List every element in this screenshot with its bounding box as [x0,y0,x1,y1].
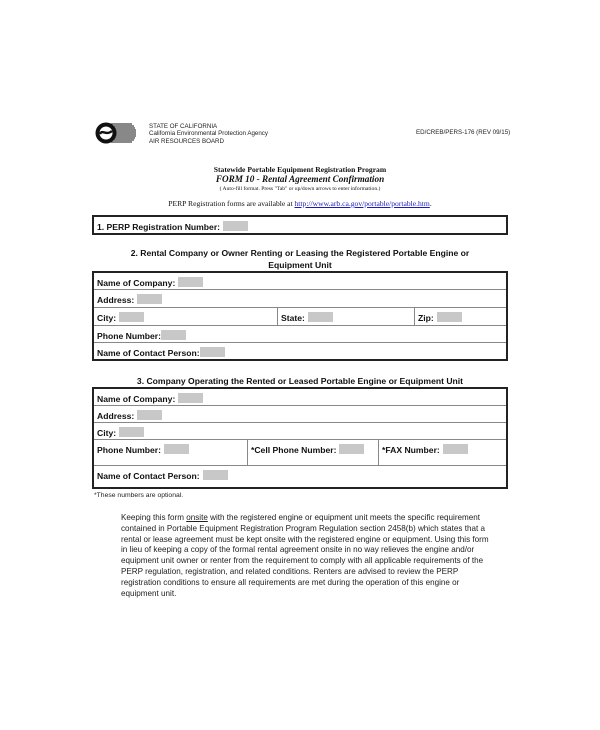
s3-address-label: Address: [97,411,134,421]
s3-contact-label: Name of Contact Person: [97,471,200,481]
s3-phone-row: Phone Number: *Cell Phone Number: *FAX N… [94,440,506,466]
s2-city-field[interactable] [119,312,144,322]
s2-contact-label: Name of Contact Person: [97,348,200,358]
s3-phone-label: Phone Number: [97,445,161,455]
s2-phone-field[interactable] [161,330,186,340]
s2-zip-field[interactable] [437,312,462,322]
paragraph-text: Keeping this form [121,513,186,522]
section2-box: Name of Company: Address: City: State: Z… [92,271,508,361]
section3-heading: 3. Company Operating the Rented or Lease… [0,376,600,388]
s2-contact-field[interactable] [200,347,225,357]
s2-city-label: City: [97,313,116,323]
s3-company-field[interactable] [178,393,203,403]
s2-contact-row: Name of Contact Person: [94,343,506,359]
s3-company-row: Name of Company: [94,389,506,406]
s3-cell-field[interactable] [339,444,364,454]
s2-phone-label: Phone Number: [97,331,161,341]
s2-company-field[interactable] [178,277,203,287]
forms-link[interactable]: http://www.arb.ca.gov/portable/portable.… [295,199,430,208]
section2-heading-line1: 2. Rental Company or Owner Renting or Le… [0,248,600,260]
s2-address-row: Address: [94,290,506,308]
section1-box: 1. PERP Registration Number: [92,215,508,235]
s2-company-label: Name of Company: [97,278,175,288]
section2-heading: 2. Rental Company or Owner Renting or Le… [0,248,600,271]
instructions: ( Auto-fill format. Press "Tab" or up/do… [0,186,600,192]
optional-footnote: *These numbers are optional. [94,492,183,499]
s3-contact-row: Name of Contact Person: [94,466,506,487]
s3-phone-field[interactable] [164,444,189,454]
agency-line: STATE OF CALIFORNIA [149,123,268,130]
form-code: ED/CREB/PERS-176 (REV 09/15) [416,129,510,136]
s3-city-label: City: [97,428,116,438]
california-arb-logo-icon [94,121,140,145]
availability-prefix: PERP Registration forms are available at [168,199,294,208]
perp-number-field[interactable] [223,221,248,231]
onsite-paragraph: Keeping this form onsite with the regist… [121,513,491,599]
perp-number-cell: 1. PERP Registration Number: [94,217,506,233]
agency-line: California Environmental Protection Agen… [149,130,268,137]
availability-suffix: . [430,199,432,208]
s3-cell-label: *Cell Phone Number: [251,445,336,455]
s3-address-row: Address: [94,406,506,423]
s3-city-field[interactable] [119,427,144,437]
availability-note: PERP Registration forms are available at… [0,199,600,208]
s2-phone-row: Phone Number: [94,326,506,343]
s3-address-field[interactable] [137,410,162,420]
s3-company-label: Name of Company: [97,394,175,404]
s2-zip-label: Zip: [418,313,434,323]
s2-city-row: City: State: Zip: [94,308,506,326]
s3-fax-label: *FAX Number: [382,445,440,455]
s3-contact-field[interactable] [203,470,228,480]
perp-number-label: 1. PERP Registration Number: [97,222,220,232]
agency-block: STATE OF CALIFORNIA California Environme… [149,123,268,145]
agency-line: AIR RESOURCES BOARD [149,138,268,145]
s2-state-field[interactable] [308,312,333,322]
s3-fax-field[interactable] [443,444,468,454]
s2-address-label: Address: [97,295,134,305]
s2-address-field[interactable] [137,294,162,304]
section3-box: Name of Company: Address: City: Phone Nu… [92,387,508,489]
s2-state-label: State: [281,313,305,323]
paragraph-underlined: onsite [186,513,208,522]
form-title: FORM 10 - Rental Agreement Confirmation [0,174,600,184]
paragraph-text: with the registered engine or equipment … [121,513,489,598]
s3-city-row: City: [94,423,506,440]
s2-company-row: Name of Company: [94,273,506,290]
program-title: Statewide Portable Equipment Registratio… [0,165,600,174]
section2-heading-line2: Equipment Unit [0,260,600,272]
